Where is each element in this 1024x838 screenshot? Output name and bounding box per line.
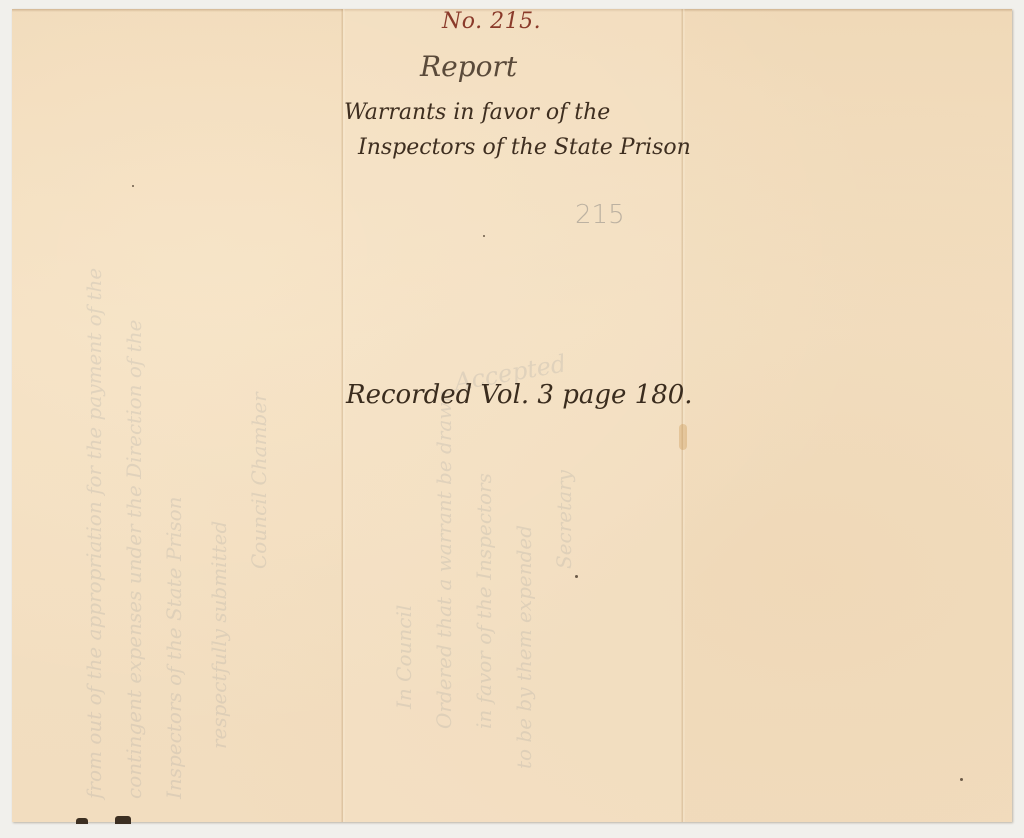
bleed-through-text: Inspectors of the State Prison bbox=[162, 496, 186, 799]
right-fold-panel bbox=[683, 9, 1012, 822]
bleed-through-text: respectfully submitted bbox=[207, 521, 231, 749]
edge-tear bbox=[115, 816, 131, 824]
docket-title: Report bbox=[420, 50, 517, 83]
bleed-through-text: Secretary bbox=[552, 470, 576, 569]
fold-line-right bbox=[681, 9, 685, 822]
pencil-annotation: 215 bbox=[575, 200, 625, 230]
bleed-through-text: to be by them expended bbox=[512, 525, 536, 769]
bleed-through-text: Ordered that a warrant be drawn bbox=[432, 390, 456, 729]
bleed-through-text: In Council bbox=[392, 605, 416, 709]
fold-line-left bbox=[341, 9, 345, 822]
fold-stain bbox=[679, 424, 687, 450]
recorded-note: Recorded Vol. 3 page 180. bbox=[346, 380, 693, 410]
paper-speck bbox=[132, 185, 134, 187]
bleed-through-text: from out of the appropriation for the pa… bbox=[82, 268, 106, 799]
docket-number: No. 215. bbox=[442, 9, 541, 34]
paper-speck bbox=[575, 575, 578, 578]
paper-sheet: from out of the appropriation for the pa… bbox=[12, 9, 1012, 822]
bleed-through-text: Council Chamber bbox=[247, 392, 271, 569]
bleed-through-text: in favor of the Inspectors bbox=[472, 473, 496, 729]
bleed-through-text: contingent expenses under the Direction … bbox=[122, 320, 146, 799]
scanned-document: from out of the appropriation for the pa… bbox=[0, 0, 1024, 838]
docket-subject-line: Warrants in favor of the bbox=[344, 100, 610, 125]
docket-subject-line: Inspectors of the State Prison bbox=[358, 135, 691, 160]
paper-speck bbox=[483, 235, 485, 237]
paper-speck bbox=[960, 778, 963, 781]
edge-tear bbox=[76, 818, 88, 824]
